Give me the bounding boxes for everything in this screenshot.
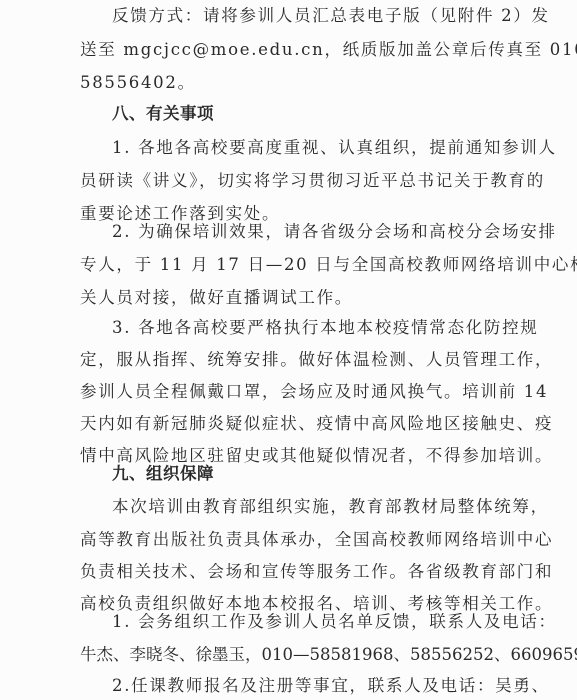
section-8-item-3-line-3: 参训人员全程佩戴口罩，会场应及时通风换气。培训前 14 bbox=[80, 382, 500, 402]
section-8-item-3-line-4: 天内如有新冠肺炎疑似症状、疫情中高风险地区接触史、疫 bbox=[80, 414, 500, 434]
section-8-item-3-line-1: 3. 各地各高校要严格执行本地本校疫情常态化防控规 bbox=[112, 318, 532, 338]
section-9-para-line-3: 负责相关技术、会场和宣传等服务工作。各省级教育部门和 bbox=[80, 562, 500, 582]
section-8-item-1-line-3: 重要论述工作落到实处。 bbox=[80, 204, 500, 224]
section-9-para-line-1: 本次培训由教育部组织实施，教育部教材局整体统筹， bbox=[112, 497, 532, 517]
section-9-para-line-4: 高校负责组织做好本地本校报名、培训、考核等相关工作。 bbox=[80, 594, 500, 614]
feedback-line-3: 58556402。 bbox=[80, 73, 500, 93]
section-8-item-1-line-2: 员研读《讲义》，切实将学习贯彻习近平总书记关于教育的 bbox=[80, 171, 500, 191]
section-8-item-3-line-5: 情中高风险地区驻留史或其他疑似情况者，不得参加培训。 bbox=[80, 446, 500, 466]
section-8-item-2-line-2: 专人，于 11 月 17 日—20 日与全国高校教师网络培训中心相 bbox=[80, 255, 500, 275]
section-8-item-2-line-1: 2. 为确保培训效果，请各省级分会场和高校分会场安排 bbox=[112, 222, 532, 242]
section-8-heading: 八、有关事项 bbox=[112, 104, 532, 124]
feedback-line-1: 反馈方式：请将参训人员汇总表电子版（见附件 2）发 bbox=[112, 6, 532, 26]
section-8-item-3-line-2: 定，服从指挥、统筹安排。做好体温检测、人员管理工作， bbox=[80, 350, 500, 370]
section-9-item-1-line-2: 牛杰、李晓冬、徐墨玉，010—58581968、58556252、6609659… bbox=[80, 645, 500, 665]
section-9-item-2-line-1: 2.任课教师报名及注册等事宜，联系人及电话：吴勇、 bbox=[112, 676, 532, 696]
feedback-line-2: 送至 mgcjcc@moe.edu.cn，纸质版加盖公章后传真至 010— bbox=[80, 40, 500, 60]
section-9-item-1-line-1: 1. 会务组织工作及参训人员名单反馈，联系人及电话： bbox=[112, 612, 532, 632]
section-9-heading: 九、组织保障 bbox=[112, 464, 532, 484]
document-page: 反馈方式：请将参训人员汇总表电子版（见附件 2）发 送至 mgcjcc@moe.… bbox=[0, 0, 577, 700]
section-8-item-2-line-3: 关人员对接，做好直播调试工作。 bbox=[80, 288, 500, 308]
section-9-para-line-2: 高等教育出版社负责具体承办，全国高校教师网络培训中心 bbox=[80, 530, 500, 550]
section-8-item-1-line-1: 1. 各地各高校要高度重视、认真组织，提前通知参训人 bbox=[112, 138, 532, 158]
